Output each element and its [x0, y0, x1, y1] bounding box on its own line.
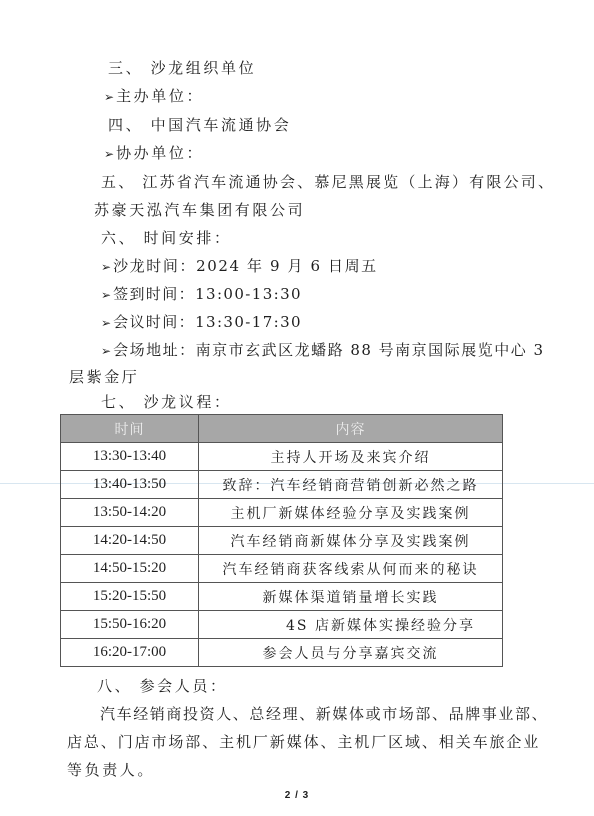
row-time: 15:50-16:20 — [61, 611, 199, 639]
agenda-header-row: 时间 内容 — [61, 415, 503, 443]
row-time: 13:50-14:20 — [61, 499, 199, 527]
header-content: 内容 — [199, 415, 503, 443]
venue-line2: 层紫金厅 — [69, 367, 139, 387]
section-7-heading: 七、 沙龙议程： — [101, 392, 232, 412]
header-time: 时间 — [61, 415, 199, 443]
attendees-line2: 店总、门店市场部、主机厂新媒体、主机厂区域、相关车旅企业 — [67, 732, 540, 752]
host-label: 主办单位： — [116, 87, 204, 105]
section-5-line2: 苏豪天泓汽车集团有限公司 — [94, 200, 305, 220]
host-label-line: ➢主办单位： — [104, 86, 204, 107]
row-content: 新媒体渠道销量增长实践 — [199, 583, 503, 611]
row-content: 参会人员与分享嘉宾交流 — [199, 639, 503, 667]
meeting-time-line: ➢会议时间：13:30-17:30 — [101, 312, 302, 333]
cohost-label: 协办单位： — [116, 144, 204, 162]
table-row: 13:50-14:20 主机厂新媒体经验分享及实践案例 — [61, 499, 503, 527]
bullet-arrow-icon: ➢ — [101, 344, 111, 358]
row-content: 4S 店新媒体实操经验分享 — [199, 611, 503, 639]
checkin-time: 签到时间：13:00-13:30 — [113, 285, 302, 303]
cohost-label-line: ➢协办单位： — [104, 143, 204, 164]
agenda-table: 时间 内容 13:30-13:40 主持人开场及来宾介绍 13:40-13:50… — [60, 414, 503, 667]
bullet-arrow-icon: ➢ — [101, 316, 111, 330]
row-time: 16:20-17:00 — [61, 639, 199, 667]
row-time: 13:40-13:50 — [61, 471, 199, 499]
table-row: 16:20-17:00 参会人员与分享嘉宾交流 — [61, 639, 503, 667]
venue-address: 会场地址：南京市玄武区龙蟠路 88 号南京国际展览中心 3 — [113, 341, 544, 359]
venue-line1: ➢会场地址：南京市玄武区龙蟠路 88 号南京国际展览中心 3 — [101, 340, 545, 361]
page-number: 2 / 3 — [0, 790, 594, 801]
row-time: 15:20-15:50 — [61, 583, 199, 611]
bullet-arrow-icon: ➢ — [101, 288, 111, 302]
row-time: 14:50-15:20 — [61, 555, 199, 583]
bullet-arrow-icon: ➢ — [101, 260, 111, 274]
row-content: 致辞：汽车经销商营销创新必然之路 — [199, 471, 503, 499]
row-time: 13:30-13:40 — [61, 443, 199, 471]
attendees-line1: 汽车经销商投资人、总经理、新媒体或市场部、品牌事业部、 — [100, 704, 548, 724]
bullet-arrow-icon: ➢ — [104, 147, 114, 161]
row-content: 主机厂新媒体经验分享及实践案例 — [199, 499, 503, 527]
row-content: 汽车经销商新媒体分享及实践案例 — [199, 527, 503, 555]
row-content: 汽车经销商获客线索从何而来的秘诀 — [199, 555, 503, 583]
table-row: 15:20-15:50 新媒体渠道销量增长实践 — [61, 583, 503, 611]
attendees-line3: 等负责人。 — [67, 760, 155, 780]
section-6-heading: 六、 时间安排： — [101, 228, 232, 248]
checkin-time-line: ➢签到时间：13:00-13:30 — [101, 284, 302, 305]
salon-time-line: ➢沙龙时间：2024 年 9 月 6 日周五 — [101, 256, 378, 277]
row-content: 主持人开场及来宾介绍 — [199, 443, 503, 471]
row-time: 14:20-14:50 — [61, 527, 199, 555]
table-row: 14:20-14:50 汽车经销商新媒体分享及实践案例 — [61, 527, 503, 555]
section-8-heading: 八、 参会人员： — [97, 676, 228, 696]
table-row: 13:30-13:40 主持人开场及来宾介绍 — [61, 443, 503, 471]
meeting-time: 会议时间：13:30-17:30 — [113, 313, 302, 331]
table-row: 14:50-15:20 汽车经销商获客线索从何而来的秘诀 — [61, 555, 503, 583]
table-row: 13:40-13:50 致辞：汽车经销商营销创新必然之路 — [61, 471, 503, 499]
section-5-line1: 五、 江苏省汽车流通协会、慕尼黑展览（上海）有限公司、 — [101, 172, 555, 192]
table-row: 15:50-16:20 4S 店新媒体实操经验分享 — [61, 611, 503, 639]
bullet-arrow-icon: ➢ — [104, 90, 114, 104]
section-3-heading: 三、 沙龙组织单位 — [108, 58, 256, 78]
salon-time: 沙龙时间：2024 年 9 月 6 日周五 — [113, 257, 378, 275]
section-4-heading: 四、 中国汽车流通协会 — [108, 115, 291, 135]
